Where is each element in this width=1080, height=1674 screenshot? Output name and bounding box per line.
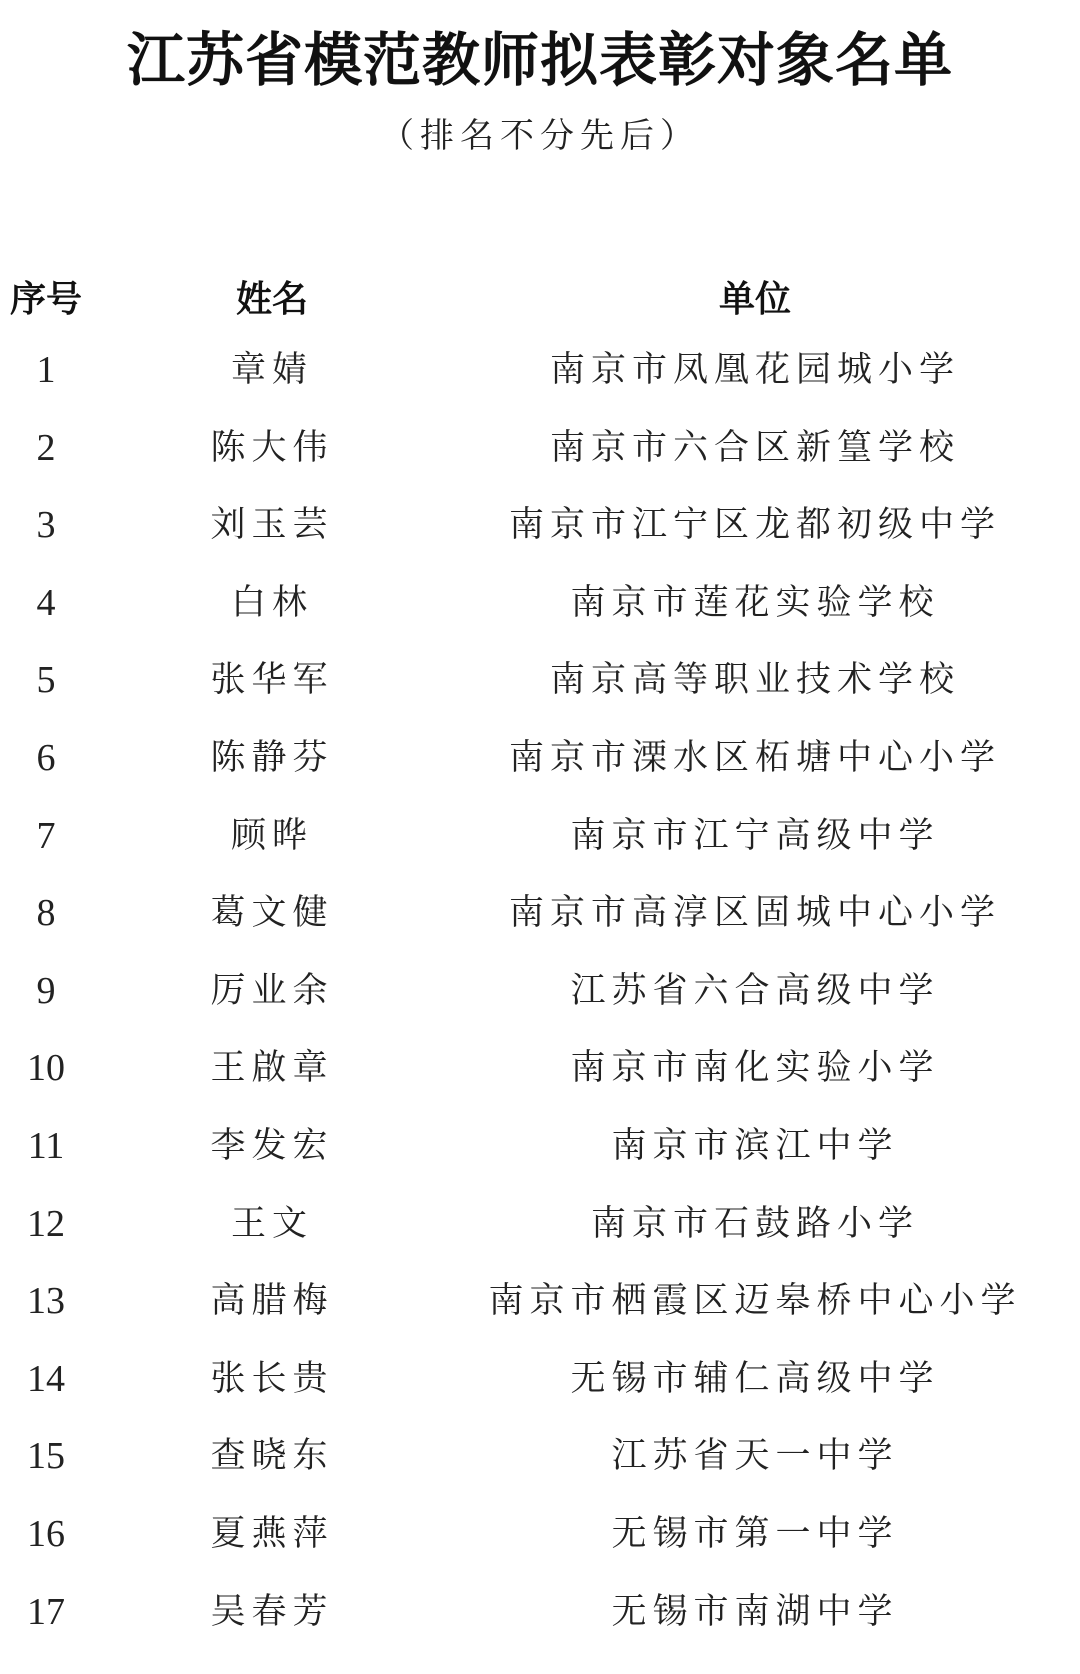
cell-unit: 南京市石鼓路小学	[460, 1199, 1050, 1249]
cell-no: 15	[0, 1431, 92, 1481]
cell-unit: 南京市栖霞区迈皋桥中心小学	[460, 1276, 1050, 1326]
cell-no: 2	[0, 423, 92, 473]
cell-no: 16	[0, 1509, 92, 1559]
cell-name: 刘玉芸	[172, 500, 372, 550]
table-row: 8葛文健南京市高淳区固城中心小学	[0, 888, 1080, 966]
table-row: 6陈静芬南京市溧水区柘塘中心小学	[0, 733, 1080, 811]
header-no: 序号	[0, 272, 92, 328]
cell-name: 陈大伟	[172, 423, 372, 473]
table-row: 16夏燕萍无锡市第一中学	[0, 1509, 1080, 1587]
cell-unit: 南京市凤凰花园城小学	[460, 345, 1050, 395]
table-row: 3刘玉芸南京市江宁区龙都初级中学	[0, 500, 1080, 578]
cell-name: 张长贵	[172, 1354, 372, 1404]
cell-name: 查晓东	[172, 1431, 372, 1481]
cell-name: 夏燕萍	[172, 1509, 372, 1559]
cell-name: 厉业余	[172, 966, 372, 1016]
table-row: 15查晓东江苏省天一中学	[0, 1431, 1080, 1509]
table-row: 12王文南京市石鼓路小学	[0, 1199, 1080, 1277]
cell-no: 10	[0, 1043, 92, 1093]
cell-unit: 南京市六合区新篁学校	[460, 423, 1050, 473]
table-row: 10王啟章南京市南化实验小学	[0, 1043, 1080, 1121]
cell-name: 吴春芳	[172, 1587, 372, 1637]
header-unit: 单位	[460, 272, 1050, 328]
cell-name: 王文	[172, 1199, 372, 1249]
document-title: 江苏省模范教师拟表彰对象名单	[0, 22, 1080, 98]
cell-no: 5	[0, 655, 92, 705]
cell-unit: 南京市江宁高级中学	[460, 811, 1050, 861]
cell-no: 17	[0, 1587, 92, 1637]
cell-unit: 江苏省天一中学	[460, 1431, 1050, 1481]
table-row: 9厉业余江苏省六合高级中学	[0, 966, 1080, 1044]
cell-name: 葛文健	[172, 888, 372, 938]
cell-name: 白林	[172, 578, 372, 628]
cell-no: 7	[0, 811, 92, 861]
cell-unit: 南京市滨江中学	[460, 1121, 1050, 1171]
cell-name: 顾晔	[172, 811, 372, 861]
cell-unit: 南京市高淳区固城中心小学	[460, 888, 1050, 938]
table-body: 1章婧南京市凤凰花园城小学 2陈大伟南京市六合区新篁学校 3刘玉芸南京市江宁区龙…	[0, 345, 1080, 1664]
cell-no: 9	[0, 966, 92, 1016]
table-row: 14张长贵无锡市辅仁高级中学	[0, 1354, 1080, 1432]
document-subtitle: （排名不分先后）	[0, 112, 1080, 160]
cell-no: 8	[0, 888, 92, 938]
table-row: 4白林南京市莲花实验学校	[0, 578, 1080, 656]
cell-no: 12	[0, 1199, 92, 1249]
table-row: 11李发宏南京市滨江中学	[0, 1121, 1080, 1199]
cell-name: 章婧	[172, 345, 372, 395]
cell-unit: 南京市江宁区龙都初级中学	[460, 500, 1050, 550]
cell-name: 王啟章	[172, 1043, 372, 1093]
cell-unit: 无锡市第一中学	[460, 1509, 1050, 1559]
cell-name: 李发宏	[172, 1121, 372, 1171]
table-row: 5张华军南京高等职业技术学校	[0, 655, 1080, 733]
cell-unit: 无锡市辅仁高级中学	[460, 1354, 1050, 1404]
table-header: 序号 姓名 单位	[0, 272, 1080, 328]
cell-no: 11	[0, 1121, 92, 1171]
cell-unit: 南京市溧水区柘塘中心小学	[460, 733, 1050, 783]
table-row: 2陈大伟南京市六合区新篁学校	[0, 423, 1080, 501]
cell-unit: 江苏省六合高级中学	[460, 966, 1050, 1016]
table-row: 13高腊梅南京市栖霞区迈皋桥中心小学	[0, 1276, 1080, 1354]
cell-no: 6	[0, 733, 92, 783]
header-name: 姓名	[172, 272, 372, 328]
cell-name: 高腊梅	[172, 1276, 372, 1326]
table-row: 1章婧南京市凤凰花园城小学	[0, 345, 1080, 423]
cell-no: 14	[0, 1354, 92, 1404]
cell-unit: 南京市莲花实验学校	[460, 578, 1050, 628]
cell-unit: 南京市南化实验小学	[460, 1043, 1050, 1093]
cell-name: 陈静芬	[172, 733, 372, 783]
table-row: 17吴春芳无锡市南湖中学	[0, 1587, 1080, 1665]
cell-no: 4	[0, 578, 92, 628]
cell-unit: 无锡市南湖中学	[460, 1587, 1050, 1637]
cell-no: 3	[0, 500, 92, 550]
cell-name: 张华军	[172, 655, 372, 705]
table-row: 7顾晔南京市江宁高级中学	[0, 811, 1080, 889]
cell-no: 1	[0, 345, 92, 395]
cell-no: 13	[0, 1276, 92, 1326]
cell-unit: 南京高等职业技术学校	[460, 655, 1050, 705]
